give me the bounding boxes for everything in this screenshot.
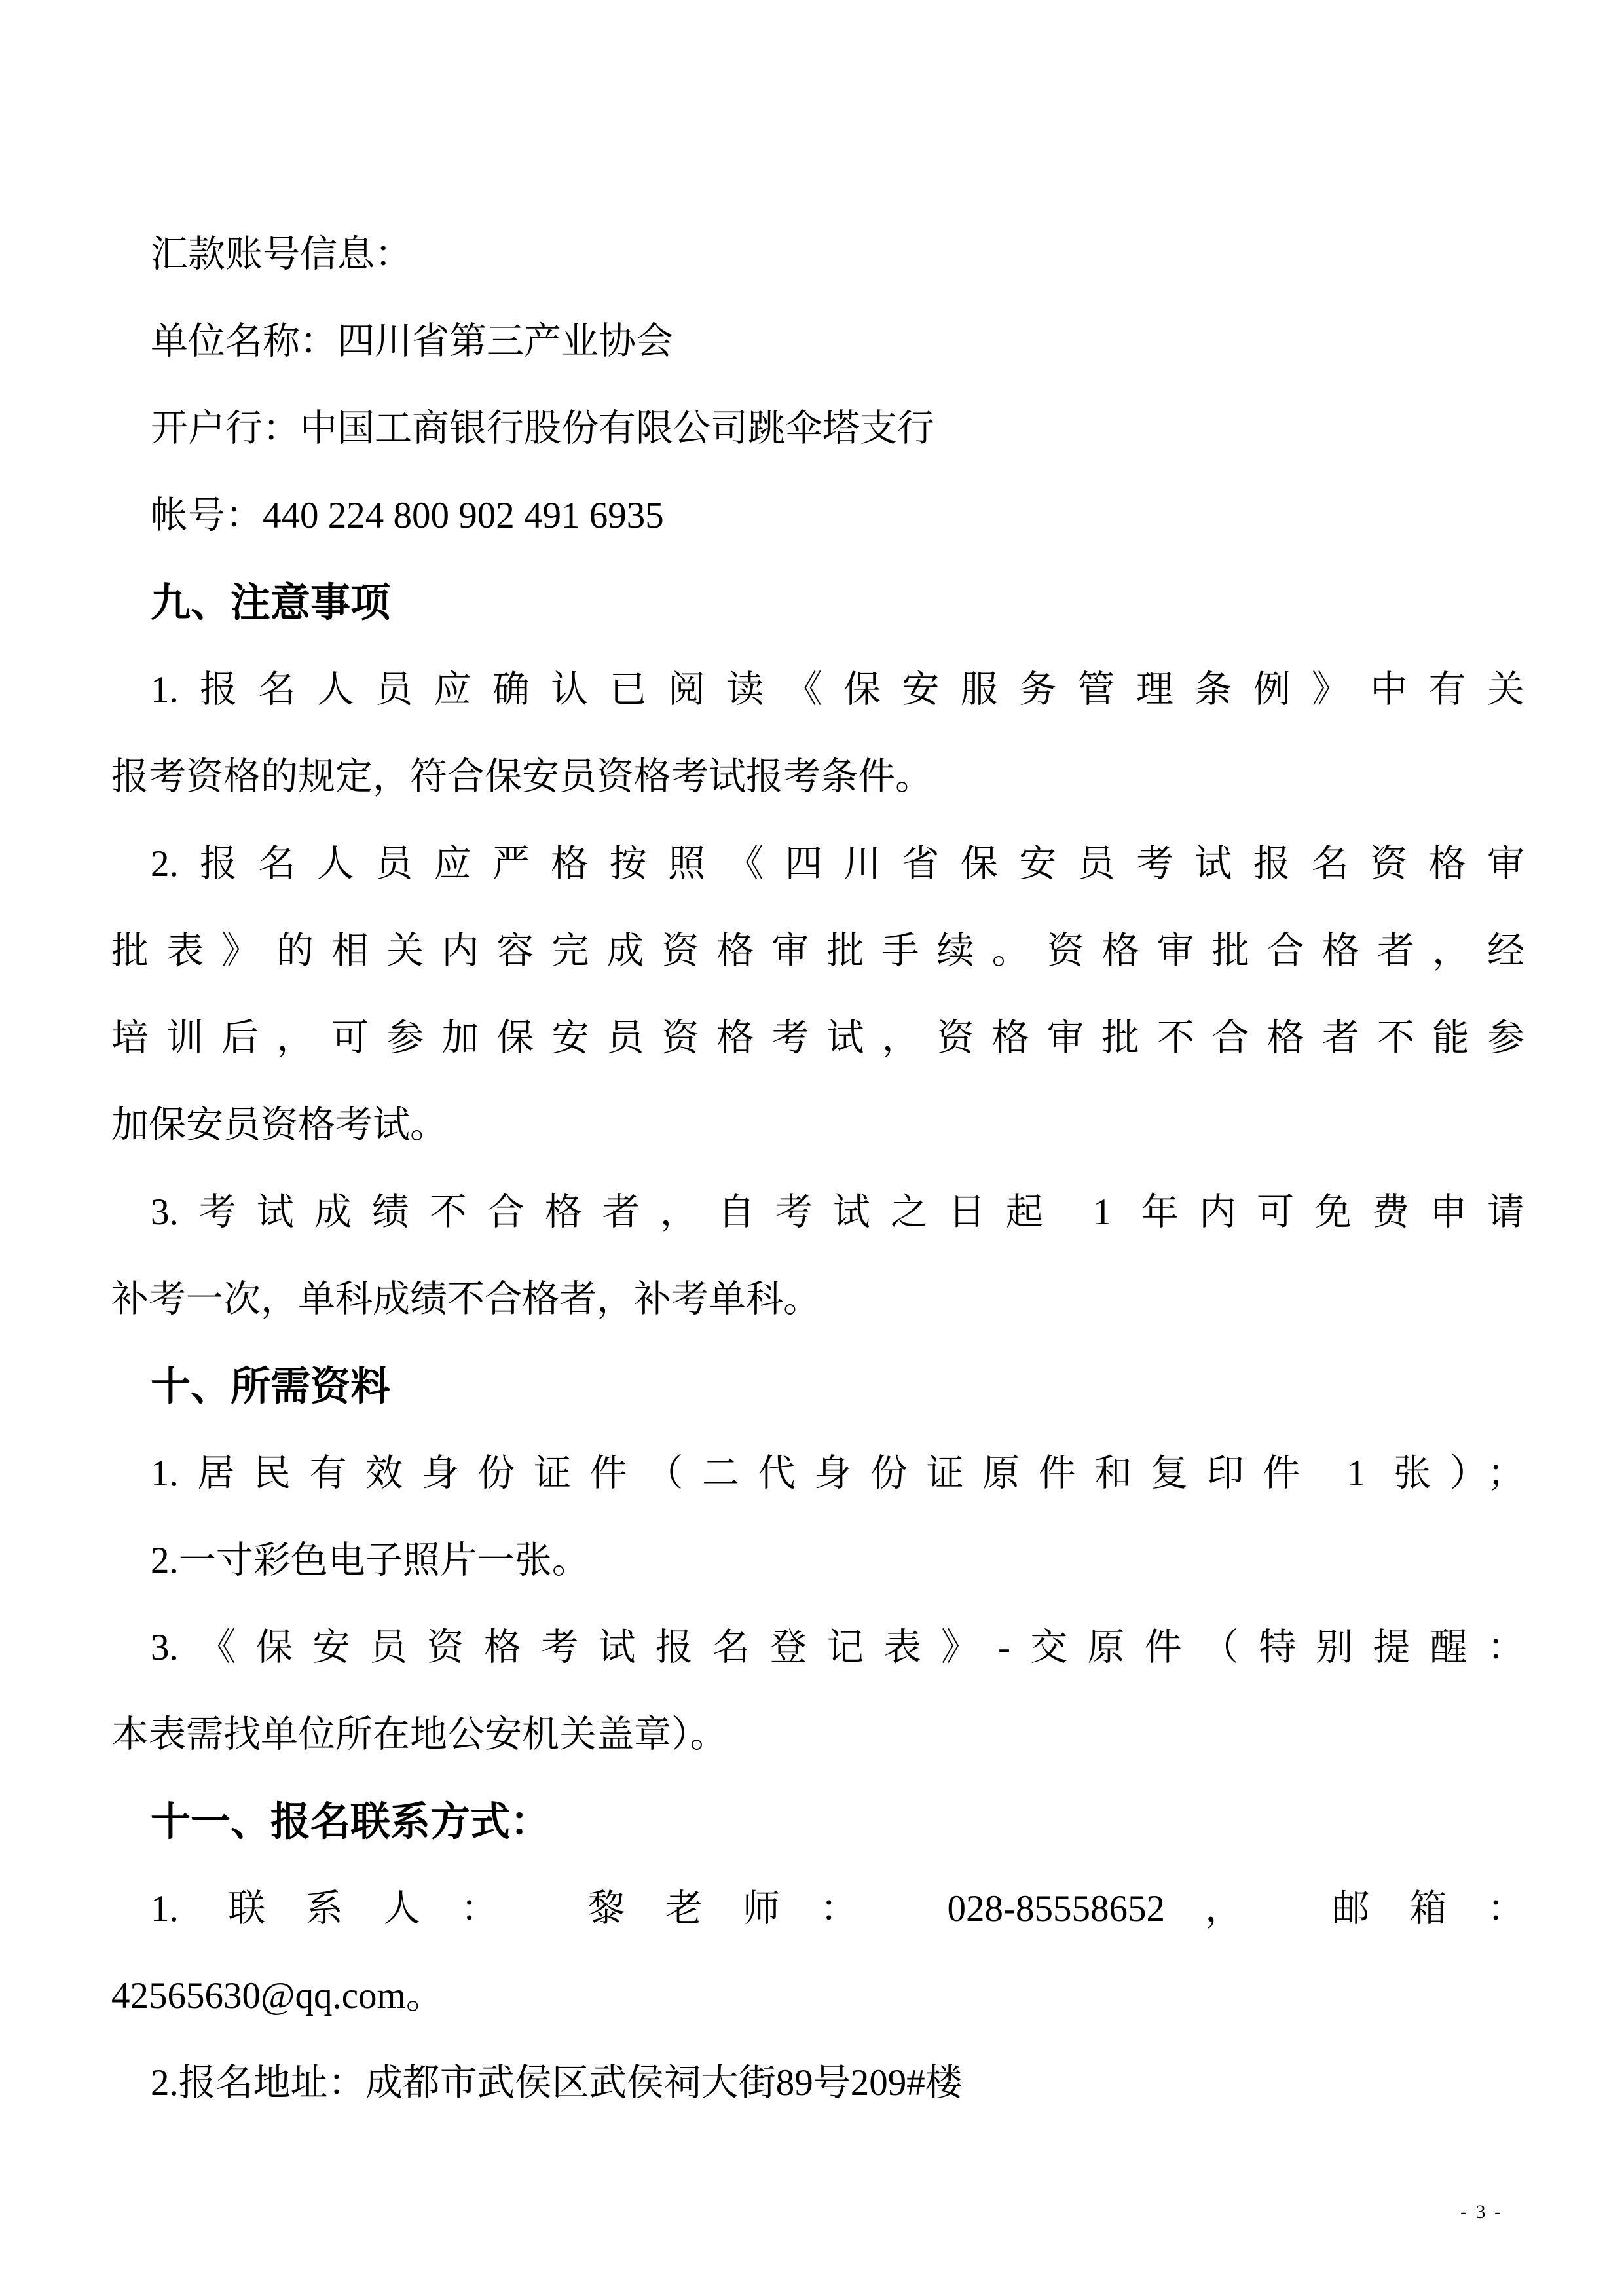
- line-remittance-account-info: 汇款账号信息：: [111, 211, 1524, 298]
- line-contact-email: 42565630@qq.com。: [111, 1952, 1524, 2039]
- line-bank-branch: 开户行：中国工商银行股份有限公司跳伞塔支行: [111, 385, 1524, 472]
- heading-section-ten: 十、所需资料: [111, 1343, 1524, 1430]
- line-notice-2a: 2.报名人员应严格按照《四川省保安员考试报名资格审: [111, 820, 1524, 907]
- line-material-3b: 本表需找单位所在地公安机关盖章）。: [111, 1691, 1524, 1778]
- line-notice-2d: 加保安员资格考试。: [111, 1082, 1524, 1169]
- line-notice-1b: 报考资格的规定，符合保安员资格考试报考条件。: [111, 733, 1524, 820]
- line-notice-2b: 批表》的相关内容完成资格审批手续。资格审批合格者，经: [111, 907, 1524, 994]
- line-notice-3b: 补考一次，单科成绩不合格者，补考单科。: [111, 1256, 1524, 1343]
- line-material-1: 1.居民有效身份证件（二代身份证原件和复印件 1 张）；: [111, 1430, 1524, 1517]
- line-notice-2c: 培训后，可参加保安员资格考试，资格审批不合格者不能参: [111, 994, 1524, 1082]
- page-number: - 3 -: [1460, 2201, 1503, 2223]
- line-unit-name: 单位名称：四川省第三产业协会: [111, 298, 1524, 385]
- line-material-3a: 3.《保安员资格考试报名登记表》-交原件（特别提醒：: [111, 1604, 1524, 1691]
- heading-section-nine: 九、注意事项: [111, 559, 1524, 646]
- document-page: 汇款账号信息： 单位名称：四川省第三产业协会 开户行：中国工商银行股份有限公司跳…: [0, 0, 1624, 2296]
- line-notice-3a: 3.考试成绩不合格者，自考试之日起 1 年内可免费申请: [111, 1169, 1524, 1256]
- line-contact-person: 1. 联系人： 黎老师： 028-85558652， 邮箱：: [111, 1865, 1524, 1952]
- line-account-number: 帐号：440 224 800 902 491 6935: [111, 472, 1524, 559]
- line-material-2: 2.一寸彩色电子照片一张。: [111, 1517, 1524, 1604]
- heading-section-eleven: 十一、报名联系方式：: [111, 1778, 1524, 1865]
- document-body: 汇款账号信息： 单位名称：四川省第三产业协会 开户行：中国工商银行股份有限公司跳…: [111, 211, 1524, 2126]
- line-registration-address: 2.报名地址：成都市武侯区武侯祠大街89号209#楼: [111, 2039, 1524, 2126]
- line-notice-1a: 1.报名人员应确认已阅读《保安服务管理条例》中有关: [111, 646, 1524, 733]
